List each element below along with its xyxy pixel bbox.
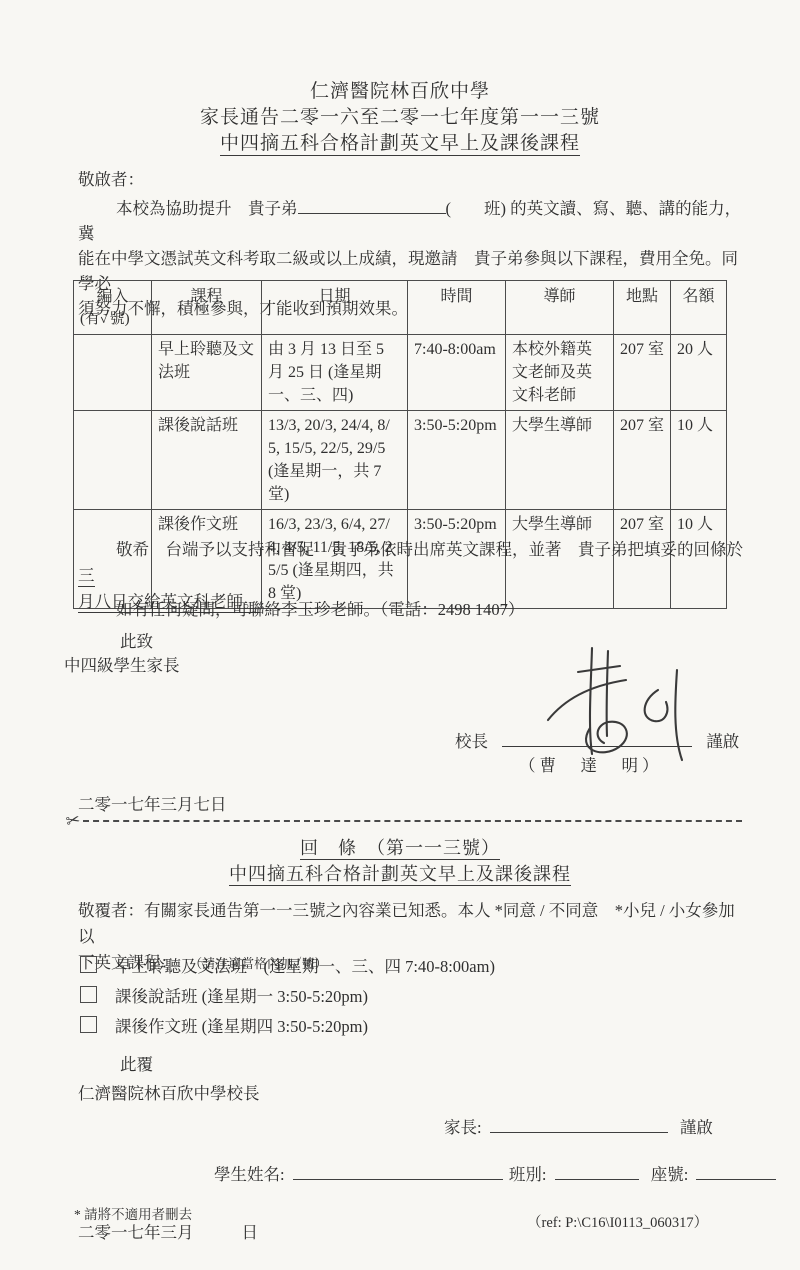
student-name-label: 學生姓名: (214, 1165, 285, 1184)
cell-enroll-blank (74, 411, 152, 510)
closing-cishi: 此致 (120, 628, 153, 652)
file-reference: （ref: P:\C16\I0113_060317） (527, 1211, 708, 1232)
reply-slip-title: 回 條 （第一一三號） (0, 834, 800, 860)
cell-date: 13/3, 20/3, 24/4, 8/5, 15/5, 22/5, 29/5 … (262, 411, 408, 510)
seat-field-blank (696, 1164, 776, 1180)
parent-signature-row: 家長: 謹啟 (444, 1114, 713, 1138)
notice-subject: 中四摘五科合格計劃英文早上及課後課程 (0, 128, 800, 155)
parent-label: 家長: (444, 1118, 482, 1137)
checkbox-speaking-class[interactable] (80, 986, 97, 1003)
cell-date: 由 3 月 13 日至 5 月 25 日 (逢星期一、三、四) (262, 335, 408, 411)
cell-quota: 20 人 (671, 335, 727, 411)
salutation: 敬啟者： (78, 166, 144, 190)
scanned-notice-page: 仁濟醫院林百欣中學 家長通告二零一六至二零一七年度第一一三號 中四摘五科合格計劃… (0, 0, 800, 1270)
class-field-blank (555, 1164, 639, 1180)
dashed-rule (83, 820, 742, 822)
table-row: 早上聆聽及文法班 由 3 月 13 日至 5 月 25 日 (逢星期一、三、四)… (74, 335, 727, 411)
principal-name: （曹 達 明） (519, 752, 663, 776)
checkbox-morning-class[interactable] (80, 956, 97, 973)
school-name: 仁濟醫院林百欣中學 (0, 76, 800, 103)
reply-cifu: 此覆 (120, 1051, 153, 1075)
signature-role-label: 校長 (455, 732, 488, 751)
cell-course: 早上聆聽及文法班 (152, 335, 262, 411)
reply-addressee: 仁濟醫院林百欣中學校長 (78, 1080, 260, 1104)
closing-addressee: 中四級學生家長 (64, 652, 180, 676)
contact-line: 如有任何疑問，可聯絡李玉珍老師。（電話：2498 1407） (116, 596, 524, 620)
class-label: 班別: (509, 1165, 547, 1184)
parent-name-blank (490, 1117, 668, 1133)
option-label: 課後說話班 (逢星期一 3:50-5:20pm) (115, 983, 368, 1007)
scissors-icon: ✂ (64, 810, 82, 833)
cell-course: 課後說話班 (152, 411, 262, 510)
cell-venue: 207 室 (614, 335, 671, 411)
table-header-row: 編入(有✓號) 課程 日期 時間 導師 地點 名額 (74, 281, 727, 335)
reply-body-line-1: 敬覆者：有關家長通告第一一三號之內容業已知悉。本人 *同意 / 不同意 *小兒 … (78, 898, 744, 950)
option-writing-class: 課後作文班 (逢星期四 3:50-5:20pm) (78, 1013, 738, 1037)
reply-slip-subject: 中四摘五科合格計劃英文早上及課後課程 (0, 860, 800, 886)
signature-blank (502, 731, 692, 747)
cut-line: ✂ (66, 812, 742, 830)
checkbox-writing-class[interactable] (80, 1016, 97, 1033)
cell-tutor: 大學生導師 (506, 411, 614, 510)
notice-number: 家長通告二零一六至二零一七年度第一一三號 (0, 102, 800, 129)
signature-line: 校長 謹啟 (455, 728, 739, 752)
intro-line-1-text: 本校為協助提升 貴子弟 (116, 199, 298, 218)
cell-venue: 207 室 (614, 411, 671, 510)
header-date: 日期 (262, 281, 408, 335)
cell-tutor: 本校外籍英文老師及英文科老師 (506, 335, 614, 411)
option-morning-class: 早上聆聽及文法班 (逢星期一、三、四 7:40-8:00am) (78, 953, 738, 977)
notice-subject-text: 中四摘五科合格計劃英文早上及課後課程 (220, 133, 580, 156)
cell-time: 3:50-5:20pm (408, 411, 506, 510)
parent-suffix: 謹啟 (680, 1118, 713, 1137)
header-course: 課程 (152, 281, 262, 335)
signature-suffix: 謹啟 (706, 732, 739, 751)
deadline-underlined-start: 三 (78, 566, 95, 587)
seat-label: 座號: (651, 1165, 689, 1184)
cell-time: 7:40-8:00am (408, 335, 506, 411)
header-tutor: 導師 (506, 281, 614, 335)
reply-date-line: 二零一七年三月日 (78, 1219, 258, 1243)
cell-enroll-blank (74, 335, 152, 411)
option-label: 早上聆聽及文法班 (逢星期一、三、四 7:40-8:00am) (115, 953, 495, 977)
student-name-field-blank (293, 1164, 503, 1180)
header-time: 時間 (408, 281, 506, 335)
option-speaking-class: 課後說話班 (逢星期一 3:50-5:20pm) (78, 983, 738, 1007)
student-info-row: 學生姓名: 班別: 座號: (214, 1161, 776, 1185)
header-venue: 地點 (614, 281, 671, 335)
header-quota: 名額 (671, 281, 727, 335)
student-name-blank (298, 198, 446, 214)
cell-quota: 10 人 (671, 411, 727, 510)
request-line-1: 敬希 台端予以支持和督促 貴子弟依時出席英文課程，並著 貴子弟把填妥的回條於三 (78, 537, 744, 589)
table-row: 課後說話班 13/3, 20/3, 24/4, 8/5, 15/5, 22/5,… (74, 411, 727, 510)
option-label: 課後作文班 (逢星期四 3:50-5:20pm) (115, 1013, 368, 1037)
intro-line-1: 本校為協助提升 貴子弟( 班) 的英文讀、寫、聽、講的能力，冀 (78, 196, 744, 246)
header-enroll: 編入(有✓號) (74, 281, 152, 335)
